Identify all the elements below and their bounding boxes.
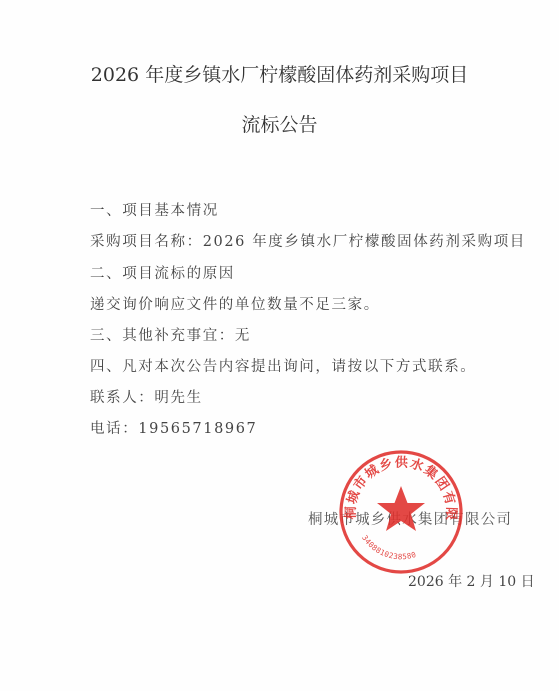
- contact-person: 联系人：明先生: [90, 386, 203, 407]
- contact-phone: 电话：19565718967: [90, 417, 257, 438]
- svg-text:3408810238580: 3408810238580: [360, 533, 417, 561]
- section-heading-contact: 四、凡对本次公告内容提出询问，请按以下方式联系。: [90, 355, 476, 376]
- project-name-line: 采购项目名称：2026 年度乡镇水厂柠檬酸固体药剂采购项目: [90, 230, 526, 251]
- document-title: 2026 年度乡镇水厂柠檬酸固体药剂采购项目: [0, 60, 559, 87]
- section-heading-basic-info: 一、项目基本情况: [90, 199, 219, 220]
- section-heading-other-matters: 三、其他补充事宜：无: [90, 324, 251, 345]
- document-subtitle: 流标公告: [0, 110, 559, 137]
- official-seal-icon: 桐城市城乡供水集团有限公司 3408810238580: [337, 448, 465, 576]
- document-page: 2026 年度乡镇水厂柠檬酸固体药剂采购项目 流标公告 一、项目基本情况 采购项…: [0, 0, 559, 691]
- failure-reason-text: 递交询价响应文件的单位数量不足三家。: [90, 293, 380, 314]
- section-heading-failure-reason: 二、项目流标的原因: [90, 262, 235, 283]
